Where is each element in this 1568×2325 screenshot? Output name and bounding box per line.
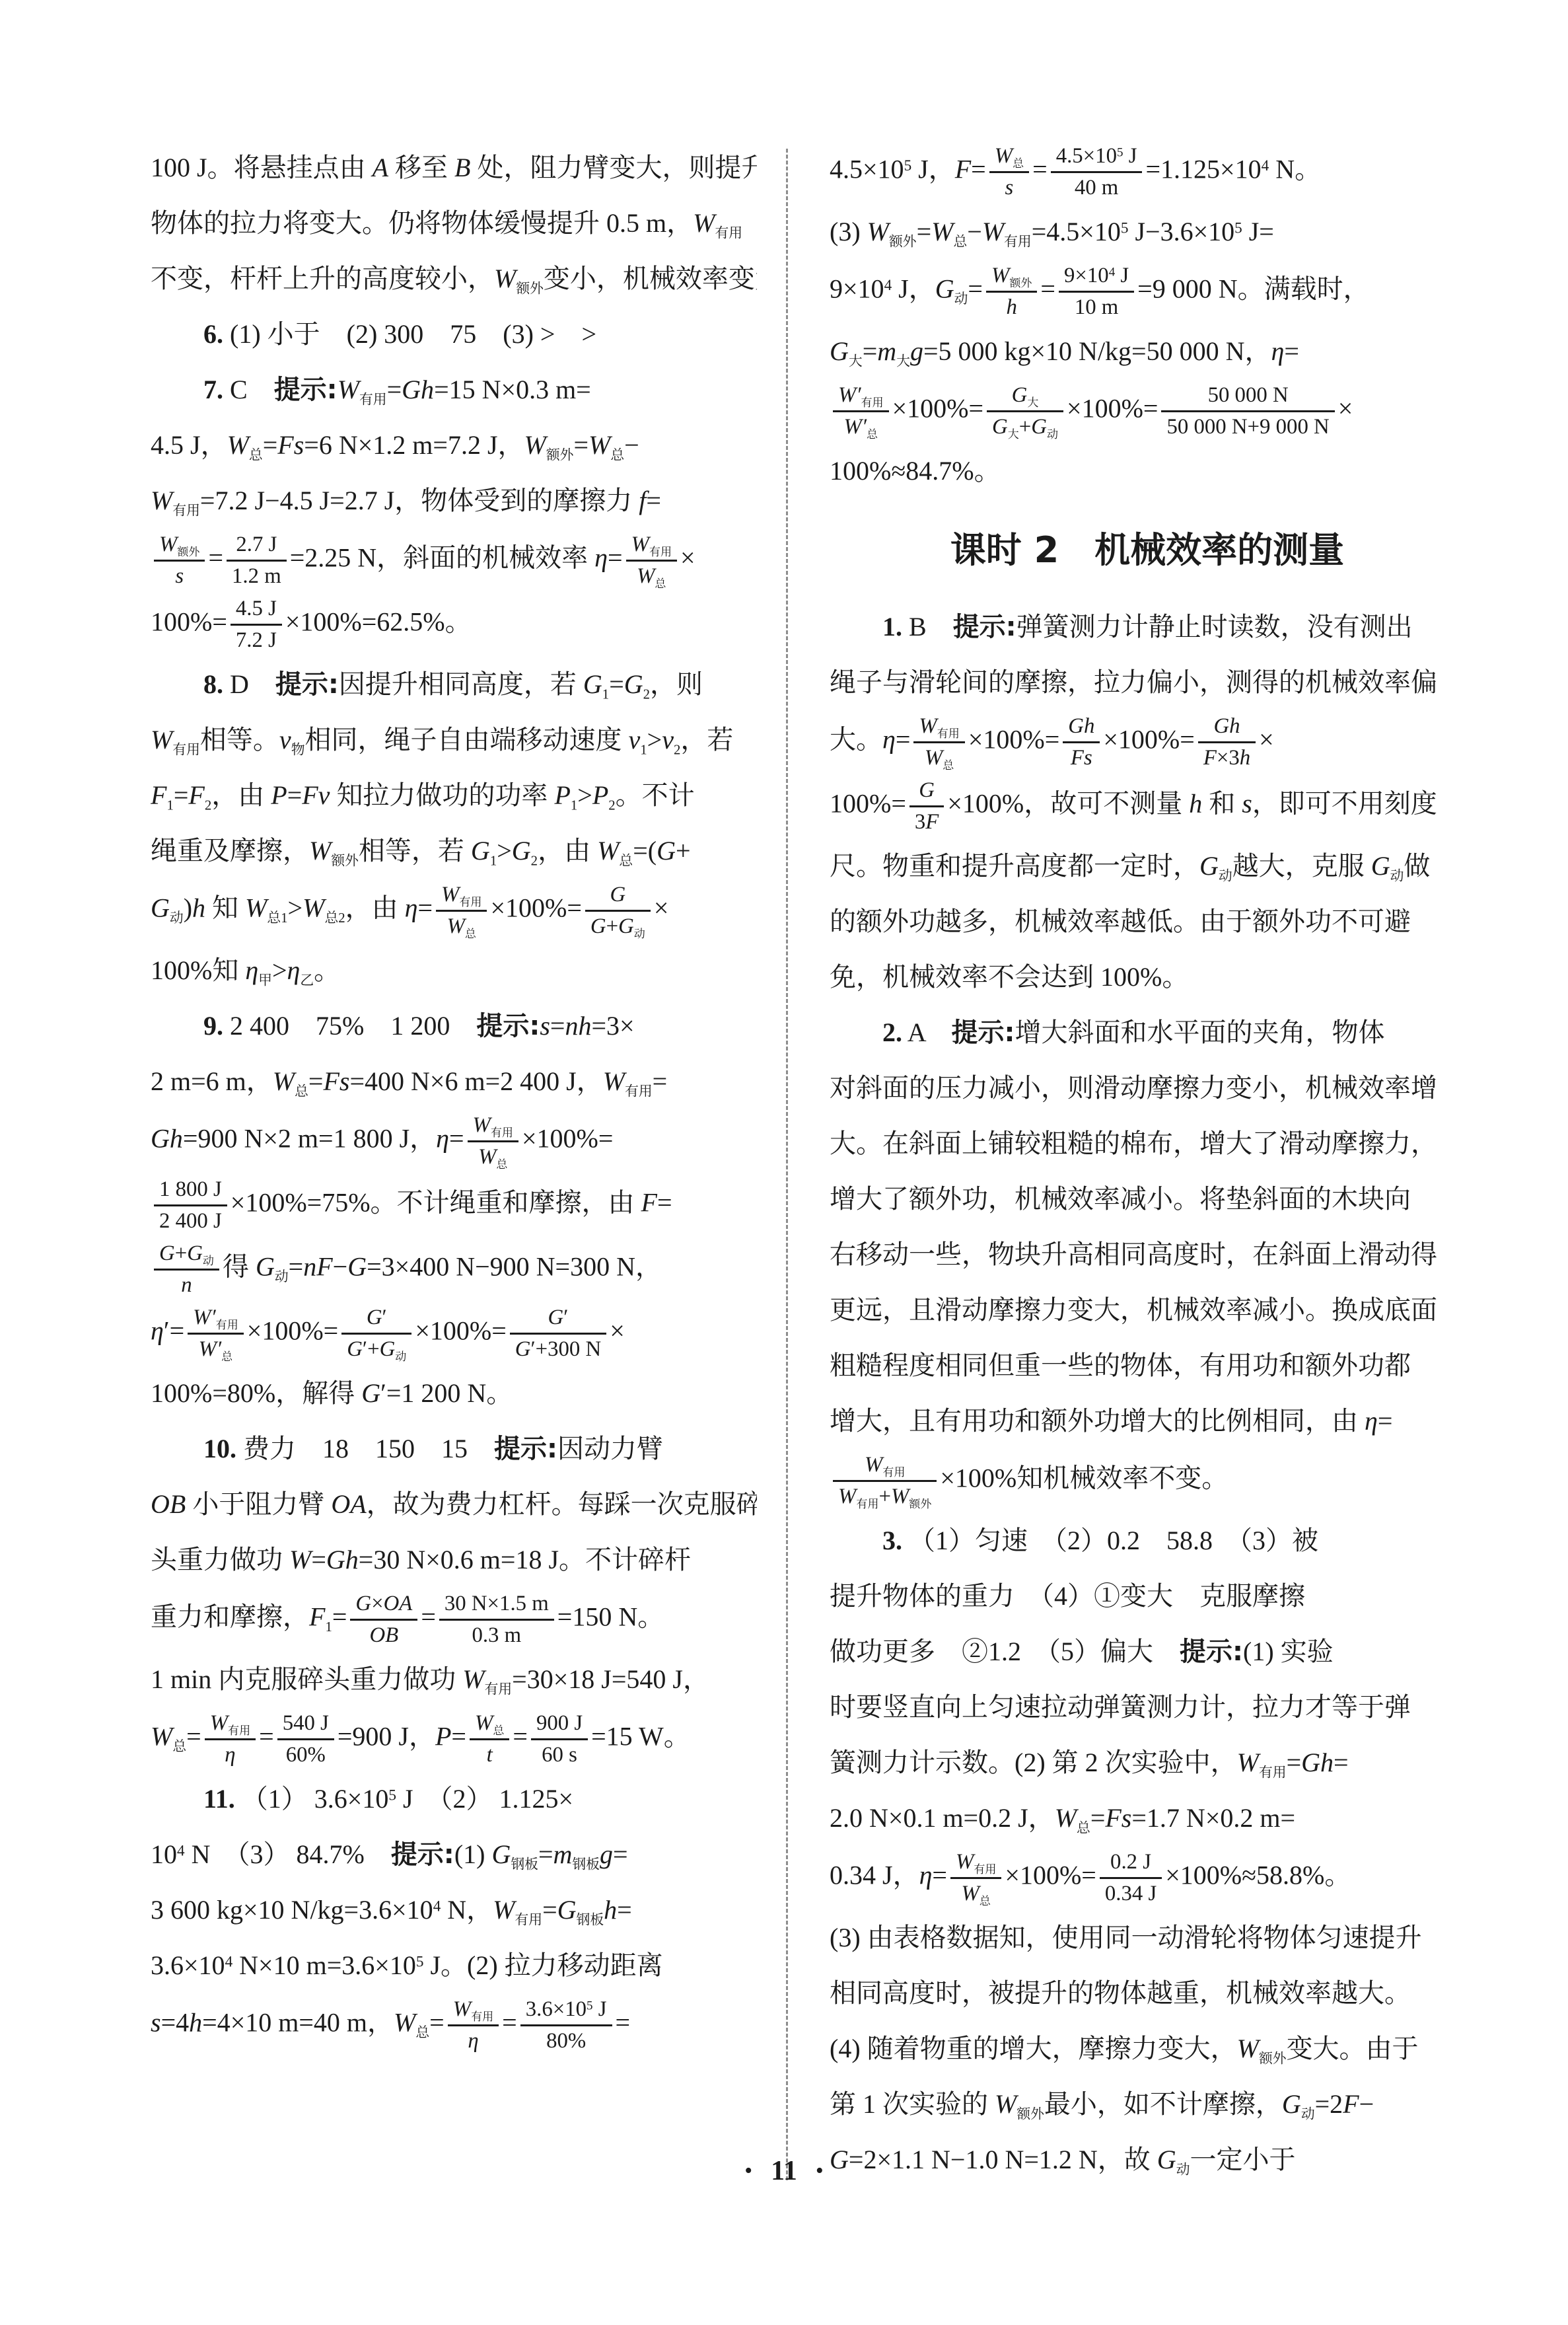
text-line: 的额外功越多，机械效率越低。由于额外功不可避 <box>830 894 1465 949</box>
fraction: 0.2 J0.34 J <box>1100 1849 1162 1907</box>
fraction: GG+G动 <box>585 881 651 940</box>
text-line: 免，机械效率不会达到 100%。 <box>830 949 1465 1005</box>
text-line: 9×104 J，G动=W额外h=9×104 J10 m=9 000 N。满载时， <box>830 260 1465 324</box>
text-line: W总=W有用η=540 J60%=900 J，P=W总t=900 J60 s=1… <box>151 1707 757 1771</box>
text-line: F1=F2，由 P=Fv 知拉力做功的功率 P1>P2。不计 <box>151 768 757 823</box>
fraction: G+G动n <box>154 1240 219 1299</box>
text-line: 3.6×104 N×10 m=3.6×105 J。(2) 拉力移动距离 <box>151 1938 757 1993</box>
footer-right-dot-icon: • <box>816 2159 824 2183</box>
text-line: 100%=G3F×100%，故可不测量 h 和 s，即可不用刻度 <box>830 774 1465 838</box>
text-line: 大。在斜面上铺较粗糙的棉布，增大了滑动摩擦力， <box>830 1116 1465 1171</box>
fraction: G′G′+300 N <box>510 1304 606 1363</box>
text-line: W′有用W′总×100%=G大G大+G动×100%=50 000 N50 000… <box>830 379 1465 443</box>
text-line: 11. （1） 3.6×105 J （2） 1.125× <box>151 1771 757 1827</box>
text-line: W有用相等。v物相同，绳子自由端移动速度 v1>v2，若 <box>151 712 757 768</box>
text-line: 重力和摩擦，F1=G×OAOB=30 N×1.5 m0.3 m=150 N。 <box>151 1588 757 1652</box>
text-line: Gh=900 N×2 m=1 800 J，η=W有用W总×100%= <box>151 1109 757 1173</box>
fraction: W额外h <box>986 262 1037 321</box>
fraction: GhF×3h <box>1198 713 1256 772</box>
text-line: 绳子与滑轮间的摩擦，拉力偏小，测得的机械效率偏 <box>830 655 1465 710</box>
text-line: η′=W′有用W′总×100%=G′G′+G动×100%=G′G′+300 N× <box>151 1302 757 1366</box>
fraction: W有用W总 <box>913 713 964 772</box>
fraction: W有用W总 <box>950 1849 1001 1907</box>
fraction: W额外s <box>154 531 205 590</box>
text-line: 4.5×105 J，F=W总s=4.5×105 J40 m=1.125×104 … <box>830 140 1465 204</box>
text-line: OB 小于阻力臂 OA，故为费力杠杆。每踩一次克服碎 <box>151 1477 757 1532</box>
text-line: 第 1 次实验的 W额外最小，如不计摩擦，G动=2F− <box>830 2077 1465 2132</box>
fraction: W有用W有用+W额外 <box>833 1452 937 1510</box>
fraction: GhFs <box>1063 713 1100 772</box>
fraction: W总t <box>470 1710 509 1769</box>
text-line: (3) 由表格数据知，使用同一动滑轮将物体匀速提升 <box>830 1910 1465 1966</box>
text-line: 1. B 提示:弹簧测力计静止时读数，没有测出 <box>830 599 1465 655</box>
fraction: G大G大+G动 <box>987 382 1063 441</box>
text-line: 增大了额外功，机械效率减小。将垫斜面的木块向 <box>830 1171 1465 1227</box>
fraction: W总s <box>989 143 1029 202</box>
text-line: 簧测力计示数。(2) 第 2 次实验中，W有用=Gh= <box>830 1735 1465 1790</box>
fraction: G×OAOB <box>350 1590 417 1649</box>
text-line: 2 m=6 m，W总=Fs=400 N×6 m=2 400 J，W有用= <box>151 1054 757 1109</box>
text-line: 更远，且滑动摩擦力变大，机械效率减小。换成底面 <box>830 1282 1465 1338</box>
text-line: G动)h 知 W总1>W总2，由 η=W有用W总×100%=GG+G动× <box>151 879 757 943</box>
fraction: W有用W总 <box>436 881 487 940</box>
text-line: 提升物体的重力 （4）①变大 克服摩擦 <box>830 1568 1465 1624</box>
text-line: 相同高度时，被提升的物体越重，机械效率越大。 <box>830 1966 1465 2021</box>
text-line: 0.34 J，η=W有用W总×100%=0.2 J0.34 J×100%≈58.… <box>830 1846 1465 1910</box>
text-line: 100%=80%，解得 G′=1 200 N。 <box>151 1366 757 1421</box>
fraction: 3.6×105 J80% <box>520 1996 612 2055</box>
text-line: 8. D 提示:因提升相同高度，若 G1=G2，则 <box>151 657 757 712</box>
text-line: 粗糙程度相同但重一些的物体，有用功和额外功都 <box>830 1338 1465 1393</box>
text-line: 100%≈84.7%。 <box>830 443 1465 499</box>
fraction: 1 800 J2 400 J <box>154 1176 227 1235</box>
text-line: 头重力做功 W=Gh=30 N×0.6 m=18 J。不计碎杆 <box>151 1532 757 1588</box>
fraction: W有用W总 <box>626 531 677 590</box>
text-line: W有用W有用+W额外×100%知机械效率不变。 <box>830 1449 1465 1513</box>
text-line: 3 600 kg×10 N/kg=3.6×104 N，W有用=G钢板h= <box>151 1882 757 1938</box>
fraction: W有用η <box>205 1710 256 1769</box>
text-line: 右移动一些，物块升高相同高度时，在斜面上滑动得 <box>830 1227 1465 1282</box>
fraction: W′有用W′总 <box>188 1304 244 1363</box>
fraction: 30 N×1.5 m0.3 m <box>439 1590 554 1649</box>
section-header: 课时 2 机械效率的测量 <box>830 499 1465 599</box>
text-line: 增大，且有用功和额外功增大的比例相同，由 η= <box>830 1393 1465 1449</box>
text-line: 1 min 内克服碎头重力做功 W有用=30×18 J=540 J， <box>151 1652 757 1707</box>
text-line: 100%=4.5 J7.2 J×100%=62.5%。 <box>151 593 757 657</box>
text-line: 4.5 J，W总=Fs=6 N×1.2 m=7.2 J，W额外=W总− <box>151 418 757 473</box>
text-line: 物体的拉力将变大。仍将物体缓慢提升 0.5 m，W有用 <box>151 196 757 251</box>
text-line: 尺。物重和提升高度都一定时，G动越大，克服 G动做 <box>830 838 1465 894</box>
text-line: 1 800 J2 400 J×100%=75%。不计绳重和摩擦，由 F= <box>151 1173 757 1237</box>
text-line: 做功更多 ②1.2 （5）偏大 提示:(1) 实验 <box>830 1624 1465 1679</box>
text-line: 大。η=W有用W总×100%=GhFs×100%=GhF×3h× <box>830 710 1465 774</box>
page-footer: •11• <box>0 2151 1568 2191</box>
text-line: 104 N （3） 84.7% 提示:(1) G钢板=m钢板g= <box>151 1827 757 1882</box>
fraction: 4.5×105 J40 m <box>1051 143 1143 202</box>
text-line: G大=m大g=5 000 kg×10 N/kg=50 000 N，η= <box>830 324 1465 379</box>
text-line: (3) W额外=W总−W有用=4.5×105 J−3.6×105 J= <box>830 204 1465 260</box>
fraction: 9×104 J10 m <box>1059 262 1134 321</box>
text-line: 2. A 提示:增大斜面和水平面的夹角，物体 <box>830 1005 1465 1060</box>
fraction: 900 J60 s <box>531 1710 588 1769</box>
fraction: G′G′+G动 <box>341 1304 411 1363</box>
text-line: 10. 费力 18 150 15 提示:因动力臂 <box>151 1421 757 1477</box>
left-column: 100 J。将悬挂点由 A 移至 B 处，阻力臂变大，则提升物体的拉力将变大。仍… <box>151 140 757 2057</box>
fraction: 50 000 N50 000 N+9 000 N <box>1161 382 1334 441</box>
text-line: (4) 随着物重的增大，摩擦力变大，W额外变大。由于 <box>830 2021 1465 2077</box>
fraction: G3F <box>909 777 944 836</box>
fraction: 4.5 J7.2 J <box>231 595 282 654</box>
text-line: G+G动n得 G动=nF−G=3×400 N−900 N=300 N， <box>151 1237 757 1302</box>
text-line: s=4h=4×10 m=40 m，W总=W有用η=3.6×105 J80%= <box>151 1993 757 2057</box>
text-line: W有用=7.2 J−4.5 J=2.7 J，物体受到的摩擦力 f= <box>151 473 757 529</box>
text-line: 6. (1) 小于 (2) 300 75 (3) > > <box>151 307 757 362</box>
page-number: 11 <box>771 2156 797 2186</box>
column-divider <box>786 149 788 2180</box>
text-line: 7. C 提示:W有用=Gh=15 N×0.3 m= <box>151 362 757 418</box>
text-line: 对斜面的压力减小，则滑动摩擦力变小，机械效率增 <box>830 1060 1465 1116</box>
text-line: 2.0 N×0.1 m=0.2 J，W总=Fs=1.7 N×0.2 m= <box>830 1790 1465 1846</box>
text-line: W额外s=2.7 J1.2 m=2.25 N，斜面的机械效率 η=W有用W总× <box>151 529 757 593</box>
fraction: W有用η <box>448 1996 499 2055</box>
right-column: 4.5×105 J，F=W总s=4.5×105 J40 m=1.125×104 … <box>830 140 1465 2188</box>
text-line: 时要竖直向上匀速拉动弹簧测力计，拉力才等于弹 <box>830 1679 1465 1735</box>
fraction: W′有用W′总 <box>833 382 889 441</box>
fraction: W有用W总 <box>468 1112 518 1171</box>
fraction: 2.7 J1.2 m <box>227 531 287 590</box>
text-line: 100 J。将悬挂点由 A 移至 B 处，阻力臂变大，则提升 <box>151 140 757 196</box>
text-line: 3. （1）匀速 （2）0.2 58.8 （3）被 <box>830 1513 1465 1568</box>
fraction: 540 J60% <box>277 1710 334 1769</box>
answer-page: 100 J。将悬挂点由 A 移至 B 处，阻力臂变大，则提升物体的拉力将变大。仍… <box>0 0 1568 2325</box>
footer-left-dot-icon: • <box>744 2159 752 2183</box>
text-line: 绳重及摩擦，W额外相等，若 G1>G2，由 W总=(G+ <box>151 823 757 879</box>
text-line: 9. 2 400 75% 1 200 提示:s=nh=3× <box>151 998 757 1054</box>
text-line: 100%知 η甲>η乙。 <box>151 943 757 998</box>
text-line: 不变，杆杆上升的高度较小，W额外变小，机械效率变大。 <box>151 251 757 307</box>
